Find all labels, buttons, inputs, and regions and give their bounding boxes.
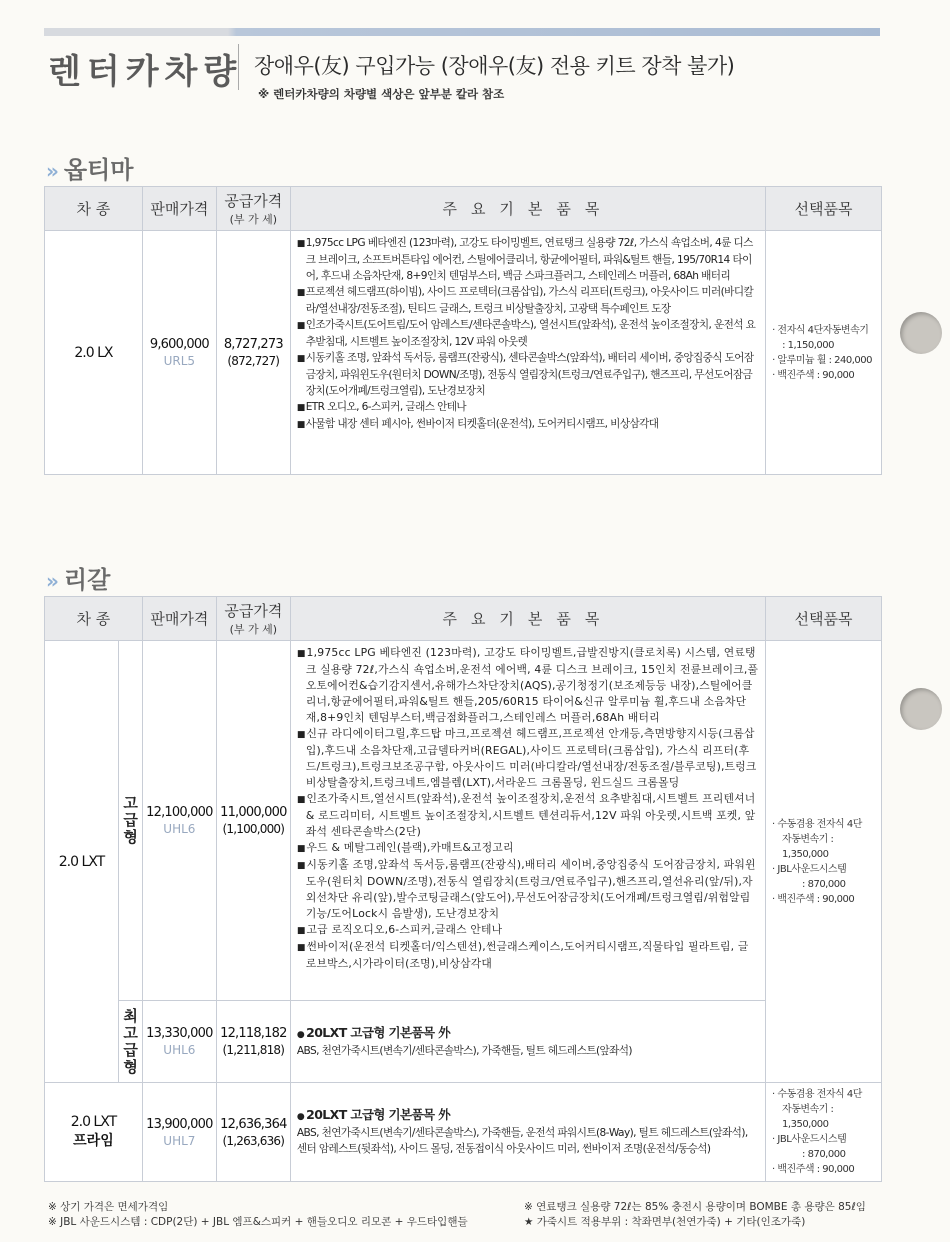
footnote: ※ 상기 가격은 면세가격임	[48, 1200, 468, 1215]
supply-price-value: 8,727,273	[224, 337, 283, 352]
supply-price: 12,636,364(1,263,636)	[216, 1083, 290, 1182]
feature-text: ABS, 천연가죽시트(변속기/센타콘솔박스), 가죽핸들, 틸트 헤드레스트(…	[297, 1043, 759, 1059]
model-code: UHL6	[143, 1043, 216, 1057]
supply-price-value: 11,000,000	[220, 805, 286, 820]
supply-price: 11,000,000(1,100,000)	[216, 641, 290, 1001]
model-name-line2: 프라임	[45, 1130, 142, 1150]
table-row: 최고급형 13,330,000UHL6 12,118,182(1,211,818…	[45, 1001, 882, 1083]
option-item: JBL사운드시스템	[772, 862, 875, 877]
col-features: 주요기본품목	[290, 597, 765, 641]
binder-hole	[900, 688, 942, 730]
col-supply-price-label: 공급가격	[224, 602, 282, 620]
model-code: UHL7	[143, 1134, 216, 1148]
col-supply-price-label: 공급가격	[224, 192, 282, 210]
table-row: 2.0 LX 9,600,000URL5 8,727,273(872,727) …	[45, 231, 882, 475]
feature-item: 고급 로직오디오,6-스피커,글래스 안테나	[297, 922, 759, 939]
sale-price-value: 13,330,000	[146, 1026, 212, 1041]
sale-price: 12,100,000UHL6	[142, 641, 216, 1001]
feature-list: 20LXT 고급형 기본품목 外 ABS, 천연가죽시트(변속기/센타콘솔박스)…	[290, 1083, 765, 1182]
col-options: 선택품목	[766, 187, 882, 231]
col-options: 선택품목	[766, 597, 882, 641]
option-value: : 870,000	[772, 877, 875, 892]
option-value: : 870,000	[772, 1147, 875, 1162]
option-item: 수동겸용 전자식 4단	[772, 817, 875, 832]
feature-item: 인조가죽시트,열선시트(앞좌석),운전석 높이조절장치,운전석 요추받침대,시트…	[297, 791, 759, 840]
optima-spec-table: 차 종 판매가격 공급가격(부 가 세) 주요기본품목 선택품목 2.0 LX …	[44, 186, 882, 475]
option-item: JBL사운드시스템	[772, 1132, 875, 1147]
sale-price-value: 13,900,000	[146, 1117, 212, 1132]
feature-item: 시동키홀 조명,앞좌석 독서등,룸램프(잔광식),배터리 세이버,중앙집중식 도…	[297, 857, 759, 922]
binder-hole	[900, 312, 942, 354]
col-supply-price: 공급가격(부 가 세)	[216, 187, 290, 231]
col-vat-label: (부 가 세)	[217, 211, 290, 227]
col-supply-price: 공급가격(부 가 세)	[216, 597, 290, 641]
feature-item: 프로젝션 헤드램프(하이빔), 사이드 프로텍터(크롬삽입), 가스식 리프터(…	[297, 284, 759, 317]
option-value: : 1,150,000	[772, 338, 875, 353]
vat-value: (1,211,818)	[217, 1043, 290, 1057]
sale-price: 13,330,000UHL6	[142, 1001, 216, 1083]
supply-price: 8,727,273(872,727)	[216, 231, 290, 475]
header-decor-bar	[44, 28, 880, 36]
feature-head: 20LXT 고급형 기본품목 外	[297, 1107, 759, 1125]
model-code: URL5	[143, 354, 216, 368]
feature-item: 사물함 내장 센터 페시아, 썬바이저 티켓홀더(운전석), 도어커티시램프, …	[297, 416, 759, 433]
sale-price-value: 9,600,000	[150, 337, 209, 352]
model-name: 2.0 LXT 프라임	[45, 1083, 143, 1182]
feature-text: ABS, 천연가죽시트(변속기/센타콘솔박스), 가죽핸들, 운전석 파워시트(…	[297, 1125, 759, 1157]
feature-item: 우드 & 메탈그레인(블랙),카매트&고정고리	[297, 840, 759, 857]
footnote: ※ 연료탱크 실용량 72ℓ는 85% 충전시 용량이며 BOMBE 총 용량은…	[524, 1200, 866, 1215]
vat-value: (1,100,000)	[217, 822, 290, 836]
footnotes-right: ※ 연료탱크 실용량 72ℓ는 85% 충전시 용량이며 BOMBE 총 용량은…	[524, 1200, 866, 1230]
col-vat-label: (부 가 세)	[217, 621, 290, 637]
feature-item: 인조가죽시트(도어트림/도어 암레스트/센타콘솔박스), 열선시트(앞좌석), …	[297, 317, 759, 350]
table-header-row: 차 종 판매가격 공급가격(부 가 세) 주요기본품목 선택품목	[45, 597, 882, 641]
col-features: 주요기본품목	[290, 187, 765, 231]
footnotes-left: ※ 상기 가격은 면세가격임 ※ JBL 사운드시스템 : CDP(2단) + …	[48, 1200, 468, 1230]
option-item: 수동겸용 전자식 4단	[772, 1087, 875, 1102]
feature-item: 썬바이저(운전석 티켓홀더/익스텐션),썬글래스케이스,도어커티시램프,직물타입…	[297, 939, 759, 972]
sale-price: 9,600,000URL5	[142, 231, 216, 475]
feature-item: 1,975cc LPG 베타엔진 (123마력), 고강도 타이밍벨트, 연료탱…	[297, 235, 759, 284]
feature-list: 20LXT 고급형 기본품목 外 ABS, 천연가죽시트(변속기/센타콘솔박스)…	[290, 1001, 765, 1083]
double-chevron-icon: »	[46, 569, 56, 593]
sale-price-value: 12,100,000	[146, 805, 212, 820]
option-item: 백진주색 : 90,000	[772, 892, 875, 907]
footnote: ※ JBL 사운드시스템 : CDP(2단) + JBL 엠프&스피커 + 핸들…	[48, 1215, 468, 1230]
option-value: 자동변속기 : 1,350,000	[772, 832, 875, 862]
col-sale-price: 판매가격	[142, 597, 216, 641]
col-model: 차 종	[45, 597, 143, 641]
option-list: 수동겸용 전자식 4단 자동변속기 : 1,350,000 JBL사운드시스템 …	[766, 641, 882, 1083]
supply-price-value: 12,118,182	[220, 1026, 286, 1041]
model-name: 2.0 LX	[45, 231, 143, 475]
color-note: ※ 렌터카차량의 차량별 색상은 앞부분 칼라 참조	[258, 86, 504, 102]
grade-text: 고급형	[123, 795, 137, 846]
feature-item: ETR 오디오, 6-스피커, 글래스 안테나	[297, 399, 759, 416]
vat-value: (872,727)	[217, 354, 290, 368]
supply-price-value: 12,636,364	[220, 1117, 286, 1132]
grade-label: 고급형	[118, 641, 142, 1001]
option-item: 전자식 4단자동변속기	[772, 323, 875, 338]
option-list: 수동겸용 전자식 4단 자동변속기 : 1,350,000 JBL사운드시스템 …	[766, 1083, 882, 1182]
page-title: 렌터카차량	[48, 44, 242, 93]
grade-label: 최고급형	[118, 1001, 142, 1083]
table-header-row: 차 종 판매가격 공급가격(부 가 세) 주요기본품목 선택품목	[45, 187, 882, 231]
section-title-optima: »옵티마	[46, 150, 133, 185]
section-title-regal: »리갈	[46, 560, 110, 595]
page-subtitle: 장애우(友) 구입가능 (장애우(友) 전용 키트 장착 불가)	[254, 50, 734, 80]
grade-text: 최고급형	[123, 1008, 137, 1076]
footnote: ★ 가죽시트 적용부위 : 착좌면부(천연가죽) + 기타(인조가죽)	[524, 1215, 866, 1230]
feature-list: 1,975cc LPG 베타엔진 (123마력), 고강도 타이밍벨트, 연료탱…	[290, 231, 765, 475]
table-row: 2.0 LXT 프라임 13,900,000UHL7 12,636,364(1,…	[45, 1083, 882, 1182]
option-value: 자동변속기 : 1,350,000	[772, 1102, 875, 1132]
col-model: 차 종	[45, 187, 143, 231]
section-title-text: 리갈	[64, 566, 110, 594]
option-list: 전자식 4단자동변속기 : 1,150,000 알루미늄 휠 : 240,000…	[766, 231, 882, 475]
regal-spec-table: 차 종 판매가격 공급가격(부 가 세) 주요기본품목 선택품목 2.0 LXT…	[44, 596, 882, 1182]
feature-list: 1,975cc LPG 베타엔진 (123마력), 고강도 타이밍벨트,급발진방…	[290, 641, 765, 1001]
title-divider	[238, 44, 239, 90]
model-code: UHL6	[143, 822, 216, 836]
feature-head: 20LXT 고급형 기본품목 外	[297, 1025, 759, 1043]
section-title-text: 옵티마	[64, 156, 134, 184]
option-item: 알루미늄 휠 : 240,000	[772, 353, 875, 368]
table-row: 2.0 LXT 고급형 12,100,000UHL6 11,000,000(1,…	[45, 641, 882, 1001]
option-item: 백진주색 : 90,000	[772, 1162, 875, 1177]
double-chevron-icon: »	[46, 159, 56, 183]
vat-value: (1,263,636)	[217, 1134, 290, 1148]
model-name-line1: 2.0 LXT	[45, 1114, 142, 1130]
model-name: 2.0 LXT	[45, 641, 119, 1083]
supply-price: 12,118,182(1,211,818)	[216, 1001, 290, 1083]
feature-item: 신규 라디에이터그릴,후드탑 마크,프로젝션 헤드램프,프로젝션 안개등,측면방…	[297, 726, 759, 791]
col-sale-price: 판매가격	[142, 187, 216, 231]
feature-item: 시동키홀 조명, 앞좌석 독서등, 룸램프(잔광식), 센타콘솔박스(앞좌석),…	[297, 350, 759, 399]
sale-price: 13,900,000UHL7	[142, 1083, 216, 1182]
option-item: 백진주색 : 90,000	[772, 368, 875, 383]
feature-item: 1,975cc LPG 베타엔진 (123마력), 고강도 타이밍벨트,급발진방…	[297, 645, 759, 726]
